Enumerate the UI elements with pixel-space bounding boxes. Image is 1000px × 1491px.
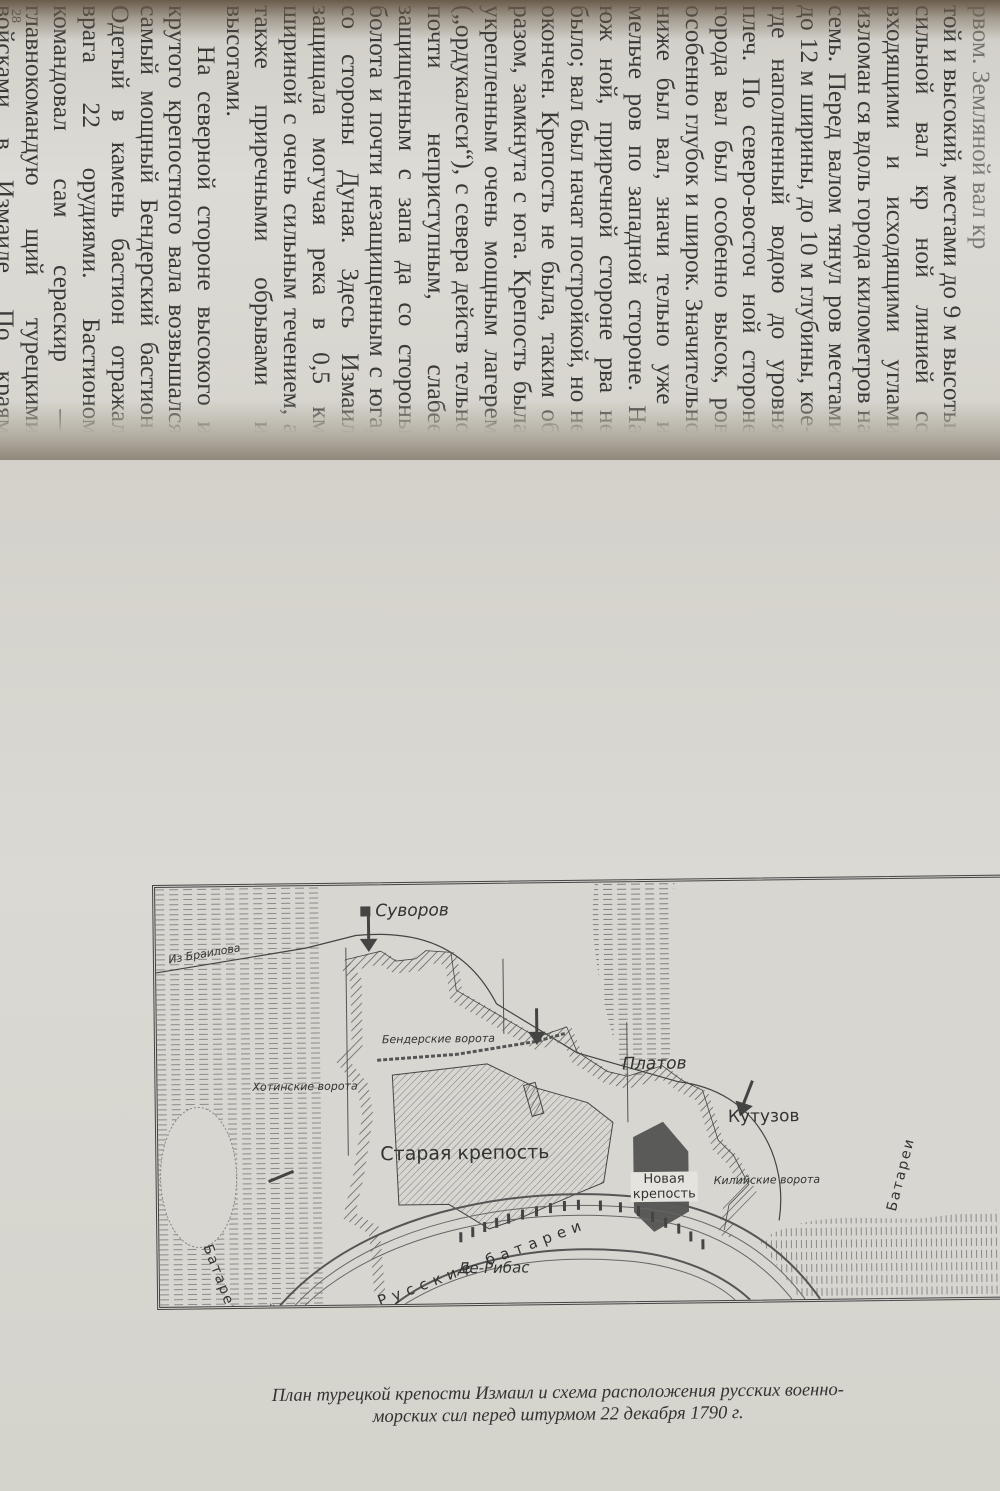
label-platov: Платов [622, 1053, 687, 1074]
page-header-fragment: рвом. Земляной вал кр [966, 5, 995, 435]
rotated-body-text: рвом. Земляной вал кр той и высокий, мес… [5, 5, 995, 435]
top-page: рвом. Земляной вал кр той и высокий, мес… [0, 0, 1000, 440]
suvorov-hq-marker-icon [360, 906, 370, 916]
label-new-fortress-line2: крепость [633, 1186, 696, 1202]
label-new-fortress-line1: Новая [643, 1172, 684, 1188]
label-new-fortress: Новая крепость [631, 1171, 698, 1202]
paragraph-1: той и высокий, местами до 9 м высоты, си… [220, 5, 966, 435]
figure-caption: План турецкой крепости Измаил и схема ра… [158, 1378, 958, 1430]
label-bender-gate: Бендерские ворота [382, 1032, 495, 1046]
label-suvorov: Суворов [375, 900, 449, 921]
label-hotin-gate: Хотинские ворота [252, 1080, 357, 1094]
label-kutuzov: Кутузов [728, 1106, 800, 1127]
label-kiliya-gate: Килийские ворота [714, 1173, 821, 1187]
label-old-fortress: Старая крепость [380, 1141, 549, 1165]
izmail-fortress-map: Суворов Из Браилова Бендерские ворота Хо… [152, 875, 1000, 1310]
paragraph-2: На северной стороне высокого и крутого к… [0, 5, 220, 435]
page-edge-shadow [0, 0, 1000, 40]
